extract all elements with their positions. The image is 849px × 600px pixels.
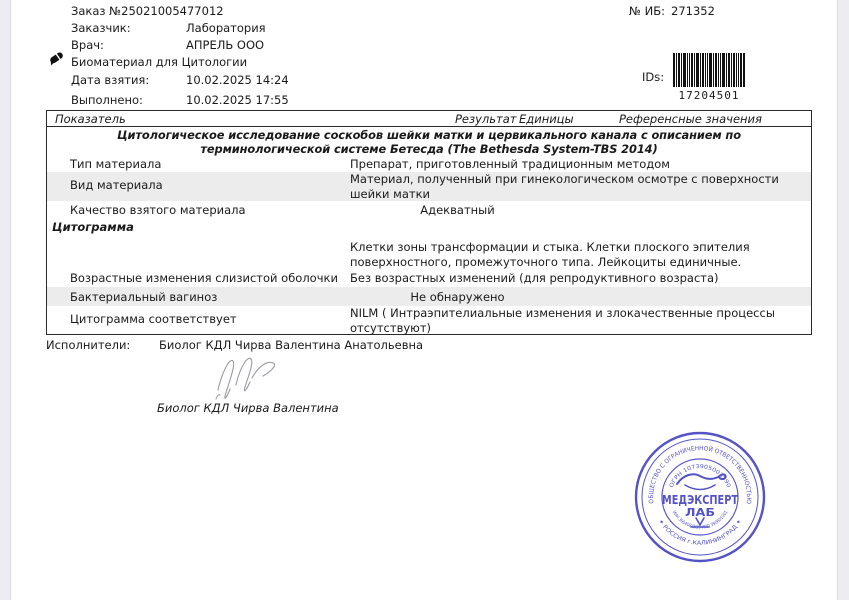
date-taken-label: Дата взятия:	[71, 73, 149, 87]
row-material-kind-value: Материал, полученный при гинекологическо…	[350, 172, 790, 202]
doctor-label: Врач:	[71, 38, 104, 52]
col-result: Результат	[455, 112, 517, 126]
signature	[204, 350, 294, 404]
row-material-type-value: Препарат, приготовленный традиционным ме…	[350, 157, 790, 172]
order-number: Заказ №25021005477012	[71, 4, 224, 18]
biomaterial-pen-icon	[47, 49, 66, 66]
stamp-name-line1: МЕДЭКСПЕРТ	[662, 493, 739, 507]
company-stamp: ОБЩЕСТВО С ОГРАНИЧЕННОЙ ОТВЕТСТВЕННОСТЬЮ…	[631, 428, 769, 566]
row-age-changes-value: Без возрастных изменений (для репродукти…	[350, 271, 790, 286]
row-cytogram-match-value: NILM ( Интраэпителиальные изменения и зл…	[350, 306, 790, 336]
executors-label: Исполнители:	[46, 338, 130, 352]
customer-value: Лаборатория	[186, 21, 266, 35]
study-title: Цитологическое исследование соскобов шей…	[51, 128, 807, 156]
stamp-bottom-ring-text: ✦ РОССИЯ г.КАЛИНИНГРАД ✦	[657, 518, 744, 547]
row-material-type-label: Тип материала	[70, 157, 161, 171]
row-quality-label: Качество взятого материала	[70, 203, 246, 217]
cytogram-section-title: Цитограмма	[52, 220, 134, 234]
customer-label: Заказчик:	[71, 21, 131, 35]
snake-bowl-icon	[677, 474, 726, 489]
barcode-number: 17204501	[669, 89, 749, 102]
date-done-value: 10.02.2025 17:55	[186, 93, 289, 107]
document-page: Заказ №25021005477012 Заказчик: Лаборато…	[10, 0, 838, 600]
stamp-name-line2: ЛАБ	[685, 506, 715, 519]
table-header-row: Показатель Результат Единицы Референсные…	[47, 111, 811, 127]
barcode	[673, 53, 745, 87]
cytogram-description: Клетки зоны трансформации и стыка. Клетк…	[350, 240, 790, 270]
ids-label: IDs:	[642, 70, 664, 84]
signature-caption: Биолог КДЛ Чирва Валентина	[157, 401, 339, 415]
row-vaginosis-value: Не обнаружено	[350, 290, 565, 305]
col-units: Единицы	[519, 112, 574, 126]
date-taken-value: 10.02.2025 14:24	[186, 73, 289, 87]
row-cytogram-match-label: Цитограмма соответствует	[70, 312, 237, 326]
case-number-value: 271352	[671, 4, 715, 18]
row-material-kind-label: Вид материала	[70, 178, 163, 192]
row-vaginosis-label: Бактериальный вагиноз	[70, 290, 217, 304]
biomaterial-title: Биоматериал для Цитологии	[71, 55, 247, 69]
doctor-value: АПРЕЛЬ ООО	[186, 38, 264, 52]
col-indicator: Показатель	[55, 112, 126, 126]
case-number-label: № ИБ:	[629, 4, 665, 18]
row-quality-value: Адекватный	[350, 203, 565, 218]
col-reference: Референсные значения	[619, 112, 762, 126]
results-table: Показатель Результат Единицы Референсные…	[46, 110, 812, 335]
date-done-label: Выполнено:	[71, 93, 143, 107]
row-age-changes-label: Возрастные изменения слизистой оболочки	[70, 271, 338, 285]
